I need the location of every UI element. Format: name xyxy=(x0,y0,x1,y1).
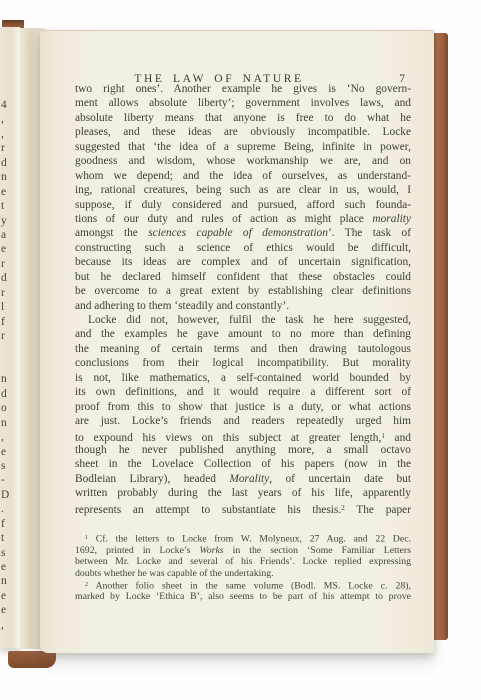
left-page-line-ending: 4 xyxy=(1,98,12,112)
text-segment: pleases, and these ideas are obviously i… xyxy=(75,126,411,138)
left-page-line-ending: e xyxy=(1,242,12,256)
left-page-line-ending: r xyxy=(1,257,12,271)
left-page-line-ending: s xyxy=(1,459,12,473)
text-line: 1692, printed in Locke’s Works in the se… xyxy=(75,545,411,557)
text-line: between Mr. Locke and several of his Fri… xyxy=(75,556,411,568)
text-segment: Morality xyxy=(229,473,269,485)
text-segment: sheet in the Lovelace Collection of his … xyxy=(75,458,411,470)
text-line: Bodleian Library), headed Morality, of u… xyxy=(75,472,411,486)
book-cover-right-edge xyxy=(432,33,448,640)
text-segment: but he declared himself confident that t… xyxy=(75,271,411,283)
text-line: though he never published anything more,… xyxy=(75,443,411,457)
text-line: ing, rational creatures, being such as a… xyxy=(75,183,411,197)
text-segment: because its ideas are complex and of unc… xyxy=(75,256,411,268)
left-page-fore-edge: 4,,rdnetyaerdrlfrndon,es-D.ftsenee, xyxy=(0,27,20,648)
text-line: its own definitions, and it would requir… xyxy=(75,385,411,399)
text-segment: tions of our duty and rules of action as… xyxy=(75,213,372,225)
text-segment: though he never published anything more,… xyxy=(75,444,411,456)
text-line: to expound his views on this subject at … xyxy=(75,429,411,443)
text-line: marked by Locke ‘Ethica B’, also seems t… xyxy=(75,591,411,603)
left-page-line-ending: , xyxy=(1,618,12,632)
text-segment: amongst the xyxy=(75,227,148,239)
text-line: 2 Another folio sheet in the same volume… xyxy=(75,580,411,592)
text-segment: are just. Locke’s friends and readers re… xyxy=(75,415,411,427)
text-segment: Bodleian Library), headed xyxy=(75,473,229,485)
text-line: Locke did not, however, fulfil the task … xyxy=(75,313,411,327)
text-line: two right ones’. Another example he give… xyxy=(75,82,411,96)
left-page-line-ending: r xyxy=(1,329,12,343)
left-page-line-ending: . xyxy=(1,502,12,516)
left-page-line-ending: e xyxy=(1,445,12,459)
text-segment: conclusions from their logical incompati… xyxy=(75,357,411,369)
text-segment: sciences capable of demonstration xyxy=(148,227,328,239)
text-line: suggested that ‘the idea of a supreme Be… xyxy=(75,140,411,154)
text-segment: ing, rational creatures, being such as a… xyxy=(75,184,411,196)
text-segment: between Mr. Locke and several of his Fri… xyxy=(75,556,411,567)
left-page-line-ending: n xyxy=(1,416,12,430)
text-segment: and xyxy=(385,432,411,444)
text-line: suppose, if duly considered and pursued,… xyxy=(75,198,411,212)
text-line: doubts whether he was capable of the und… xyxy=(75,568,411,580)
book-cover-bottom-corner xyxy=(8,651,56,668)
photo-background: 4,,rdnetyaerdrlfrndon,es-D.ftsenee, THE … xyxy=(0,0,481,700)
left-page-line-ending xyxy=(1,358,12,372)
left-page-line-ending: r xyxy=(1,286,12,300)
text-line: tions of our duty and rules of action as… xyxy=(75,212,411,226)
text-segment: two right ones’. Another example he give… xyxy=(75,83,411,95)
left-page-line-ending: o xyxy=(1,401,12,415)
left-page-line-ending: e xyxy=(1,185,12,199)
text-segment: , of uncertain date but xyxy=(269,473,411,485)
text-segment: represents an attempt to substantiate hi… xyxy=(75,504,341,516)
text-segment: constructing such a science of ethics wo… xyxy=(75,242,411,254)
text-segment: Locke did not, however, fulfil the task … xyxy=(88,314,411,326)
text-line: and the examples he gave amount to no mo… xyxy=(75,327,411,341)
text-segment: suggested that ‘the idea of a supreme Be… xyxy=(75,141,411,153)
text-segment: is not, like mathematics, a self-contain… xyxy=(75,372,411,384)
left-page-line-ending: d xyxy=(1,387,12,401)
text-segment: and the examples he gave amount to no mo… xyxy=(75,328,411,340)
text-segment: be overcome to a great extent by establi… xyxy=(75,285,411,297)
text-segment: doubts whether he was capable of the und… xyxy=(75,568,274,579)
text-segment: 1692, printed in Locke’s xyxy=(75,545,199,556)
page-body-text: two right ones’. Another example he give… xyxy=(75,82,411,515)
left-page-line-ending xyxy=(1,343,12,357)
left-page-line-ending: e xyxy=(1,603,12,617)
page-footnotes: 1 Cf. the letters to Locke from W. Molyn… xyxy=(75,533,411,603)
left-page-text-fragments: 4,,rdnetyaerdrlfrndon,es-D.ftsenee, xyxy=(1,98,12,632)
text-segment: and adhering to them ‘steadily and const… xyxy=(75,300,289,312)
left-page-line-ending: s xyxy=(1,546,12,560)
text-line: sheet in the Lovelace Collection of his … xyxy=(75,457,411,471)
text-line: but he declared himself confident that t… xyxy=(75,270,411,284)
text-segment: Another folio sheet in the same volume (… xyxy=(88,580,411,591)
text-line: written probably during the last years o… xyxy=(75,486,411,500)
text-segment: whom we depend; and the idea of ourselve… xyxy=(75,170,411,182)
text-line: ment allows absolute liberty’; governmen… xyxy=(75,96,411,110)
text-line: amongst the sciences capable of demonstr… xyxy=(75,226,411,240)
text-line: whom we depend; and the idea of ourselve… xyxy=(75,169,411,183)
text-line: the meaning of certain terms and then dr… xyxy=(75,342,411,356)
text-line: 1 Cf. the letters to Locke from W. Molyn… xyxy=(75,533,411,545)
text-segment: ment allows absolute liberty’; governmen… xyxy=(75,97,411,109)
text-line: be overcome to a great extent by establi… xyxy=(75,284,411,298)
text-segment: absolute liberty means that anyone is fr… xyxy=(75,112,411,124)
left-page-line-ending: y xyxy=(1,214,12,228)
left-page-line-ending: r xyxy=(1,141,12,155)
left-page-line-ending: l xyxy=(1,300,12,314)
text-segment: written probably during the last years o… xyxy=(75,487,411,499)
left-page-line-ending: d xyxy=(1,271,12,285)
left-page-line-ending: , xyxy=(1,430,12,444)
text-segment: Works xyxy=(199,545,223,556)
text-line: proof from this to show that justice is … xyxy=(75,400,411,414)
text-line: and adhering to them ‘steadily and const… xyxy=(75,299,411,313)
text-line: because its ideas are complex and of unc… xyxy=(75,255,411,269)
left-page-line-ending: D xyxy=(1,488,12,502)
left-page-line-ending: n xyxy=(1,372,12,386)
text-segment: ’. The task of xyxy=(328,227,411,239)
left-page-line-ending: n xyxy=(1,574,12,588)
left-page-line-ending: , xyxy=(1,127,12,141)
text-line: constructing such a science of ethics wo… xyxy=(75,241,411,255)
text-line: are just. Locke’s friends and readers re… xyxy=(75,414,411,428)
book-right-page: THE LAW OF NATURE 7 two right ones’. Ano… xyxy=(40,30,434,653)
text-line: is not, like mathematics, a self-contain… xyxy=(75,371,411,385)
text-segment: Cf. the letters to Locke from W. Molyneu… xyxy=(88,534,411,545)
left-page-line-ending: d xyxy=(1,156,12,170)
left-page-line-ending: n xyxy=(1,170,12,184)
text-segment: The paper xyxy=(345,504,411,516)
left-page-line-ending: f xyxy=(1,315,12,329)
text-line: goodness and wisdom, whose workmanship w… xyxy=(75,154,411,168)
text-segment: the meaning of certain terms and then dr… xyxy=(75,343,411,355)
text-line: pleases, and these ideas are obviously i… xyxy=(75,125,411,139)
left-page-line-ending: f xyxy=(1,517,12,531)
text-line: absolute liberty means that anyone is fr… xyxy=(75,111,411,125)
text-segment: to expound his views on this subject at … xyxy=(75,432,381,444)
left-page-line-ending: e xyxy=(1,589,12,603)
left-page-line-ending: e xyxy=(1,560,12,574)
text-segment: proof from this to show that justice is … xyxy=(75,401,411,413)
left-page-line-ending: t xyxy=(1,199,12,213)
left-page-line-ending: t xyxy=(1,531,12,545)
text-segment: morality xyxy=(372,213,411,225)
text-segment: its own definitions, and it would requir… xyxy=(75,386,411,398)
text-segment: goodness and wisdom, whose workmanship w… xyxy=(75,155,411,167)
text-segment: marked by Locke ‘Ethica B’, also seems t… xyxy=(75,591,411,602)
left-page-line-ending: - xyxy=(1,473,12,487)
text-line: conclusions from their logical incompati… xyxy=(75,356,411,370)
text-line: represents an attempt to substantiate hi… xyxy=(75,501,411,515)
left-page-line-ending: , xyxy=(1,112,12,126)
left-page-line-ending: a xyxy=(1,228,12,242)
text-segment: suppose, if duly considered and pursued,… xyxy=(75,199,411,211)
text-segment: in the section ‘Some Familiar Letters xyxy=(224,545,411,556)
